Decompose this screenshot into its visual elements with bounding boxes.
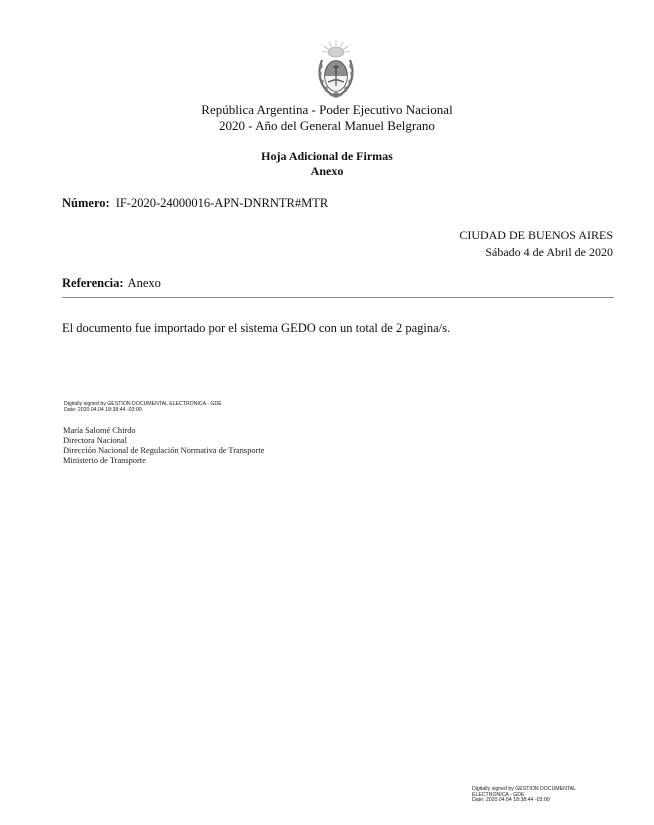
signer-ministry: Ministerio de Transporte xyxy=(63,456,264,466)
signer-department: Dirección Nacional de Regulación Normati… xyxy=(63,446,264,456)
digital-signature-stamp-left: Digitally signed by GESTION DOCUMENTAL E… xyxy=(64,402,222,413)
coat-of-arms-icon xyxy=(316,38,356,102)
document-number: Número:IF-2020-24000016-APN-DNRNTR#MTR xyxy=(62,196,328,211)
document-number-value: IF-2020-24000016-APN-DNRNTR#MTR xyxy=(116,196,329,210)
header-year-line: 2020 - Año del General Manuel Belgrano xyxy=(0,118,654,134)
location-city: CIUDAD DE BUENOS AIRES xyxy=(459,228,613,243)
digital-signature-stamp-right: Digitally signed by GESTION DOCUMENTAL E… xyxy=(472,787,576,804)
signer-position: Directora Nacional xyxy=(63,436,264,446)
header-government-line: República Argentina - Poder Ejecutivo Na… xyxy=(0,102,654,118)
signer-block: María Salomé Chirdo Directora Nacional D… xyxy=(63,426,264,466)
divider xyxy=(62,297,614,298)
document-title: Hoja Adicional de Firmas xyxy=(0,149,654,164)
reference: Referencia:Anexo xyxy=(62,276,161,291)
reference-value: Anexo xyxy=(128,276,161,290)
signature-right-line3: Date: 2020.04.04 18:38:44 -03:00 xyxy=(472,798,576,804)
reference-label: Referencia: xyxy=(62,276,124,290)
location-date: Sábado 4 de Abril de 2020 xyxy=(485,245,613,260)
signature-left-line2: Date: 2020.04.04 18:38:44 -03:00 xyxy=(64,408,222,414)
signer-name: María Salomé Chirdo xyxy=(63,426,264,436)
document-number-label: Número: xyxy=(62,196,110,210)
body-text: El documento fue importado por el sistem… xyxy=(62,320,450,336)
document-subtitle: Anexo xyxy=(0,164,654,179)
